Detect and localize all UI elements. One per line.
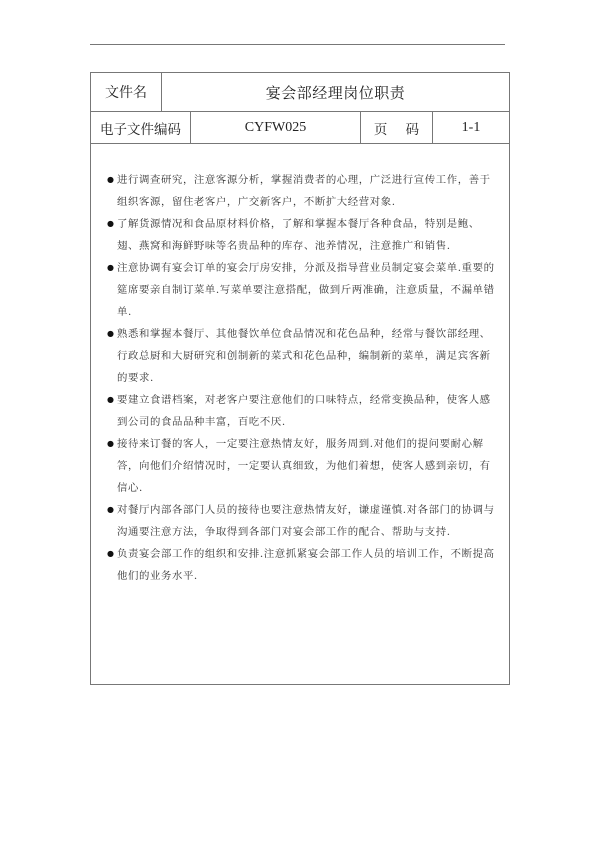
bullet-icon: ● <box>107 323 115 345</box>
page-number: 1-1 <box>433 112 509 143</box>
list-item: ●对餐厅内部各部门人员的接待也要注意热情友好，谦虚谨慎.对各部门的协调与沟通要注… <box>107 499 499 543</box>
duty-text: 对餐厅内部各部门人员的接待也要注意热情友好，谦虚谨慎.对各部门的协调与沟通要注意… <box>117 499 499 543</box>
duty-text: 接待来订餐的客人，一定要注意热情友好，服务周到.对他们的提问要耐心解答，向他们介… <box>117 433 499 499</box>
document-title: 宴会部经理岗位职责 <box>162 73 509 111</box>
list-item: ●熟悉和掌握本餐厅、其他餐饮单位食品情况和花色品种，经常与餐饮部经理、行政总厨和… <box>107 323 499 389</box>
list-item: ●了解货源情况和食品原材料价格，了解和掌握本餐厅各种食品，特别是鲍、翅、燕窝和海… <box>107 213 499 257</box>
file-name-label: 文件名 <box>91 73 162 111</box>
duty-text: 了解货源情况和食品原材料价格，了解和掌握本餐厅各种食品，特别是鲍、翅、燕窝和海鲜… <box>117 213 499 257</box>
list-item: ●注意协调有宴会订单的宴会厅房安排，分派及指导营业员制定宴会菜单.重要的筵席要亲… <box>107 257 499 323</box>
bullet-icon: ● <box>107 169 115 191</box>
bullet-icon: ● <box>107 257 115 279</box>
bullet-icon: ● <box>107 389 115 411</box>
duty-text: 要建立食谱档案，对老客户要注意他们的口味特点，经常变换品种，使客人感到公司的食品… <box>117 389 499 433</box>
page-label: 页 码 <box>361 112 433 143</box>
list-item: ●进行调查研究，注意客源分析，掌握消费者的心理，广泛进行宣传工作，善于组织客源，… <box>107 169 499 213</box>
file-code-value: CYFW025 <box>191 112 361 143</box>
duty-text: 注意协调有宴会订单的宴会厅房安排，分派及指导营业员制定宴会菜单.重要的筵席要亲自… <box>117 257 499 323</box>
duty-text: 进行调查研究，注意客源分析，掌握消费者的心理，广泛进行宣传工作，善于组织客源，留… <box>117 169 499 213</box>
title-row: 文件名 宴会部经理岗位职责 <box>91 73 509 112</box>
duties-list: ●进行调查研究，注意客源分析，掌握消费者的心理，广泛进行宣传工作，善于组织客源，… <box>107 169 499 587</box>
duty-text: 负责宴会部工作的组织和安排.注意抓紧宴会部工作人员的培训工作，不断提高他们的业务… <box>117 543 499 587</box>
job-description-sheet: 文件名 宴会部经理岗位职责 电子文件编码 CYFW025 页 码 1-1 ●进行… <box>90 72 510 685</box>
file-code-label: 电子文件编码 <box>91 112 191 143</box>
bullet-icon: ● <box>107 543 115 565</box>
list-item: ●负责宴会部工作的组织和安排.注意抓紧宴会部工作人员的培训工作，不断提高他们的业… <box>107 543 499 587</box>
duty-text: 熟悉和掌握本餐厅、其他餐饮单位食品情况和花色品种，经常与餐饮部经理、行政总厨和大… <box>117 323 499 389</box>
bullet-icon: ● <box>107 499 115 521</box>
list-item: ●接待来订餐的客人，一定要注意热情友好，服务周到.对他们的提问要耐心解答，向他们… <box>107 433 499 499</box>
bullet-icon: ● <box>107 433 115 455</box>
header-rule <box>90 44 505 45</box>
code-row: 电子文件编码 CYFW025 页 码 1-1 <box>91 112 509 144</box>
bullet-icon: ● <box>107 213 115 235</box>
list-item: ●要建立食谱档案，对老客户要注意他们的口味特点，经常变换品种，使客人感到公司的食… <box>107 389 499 433</box>
